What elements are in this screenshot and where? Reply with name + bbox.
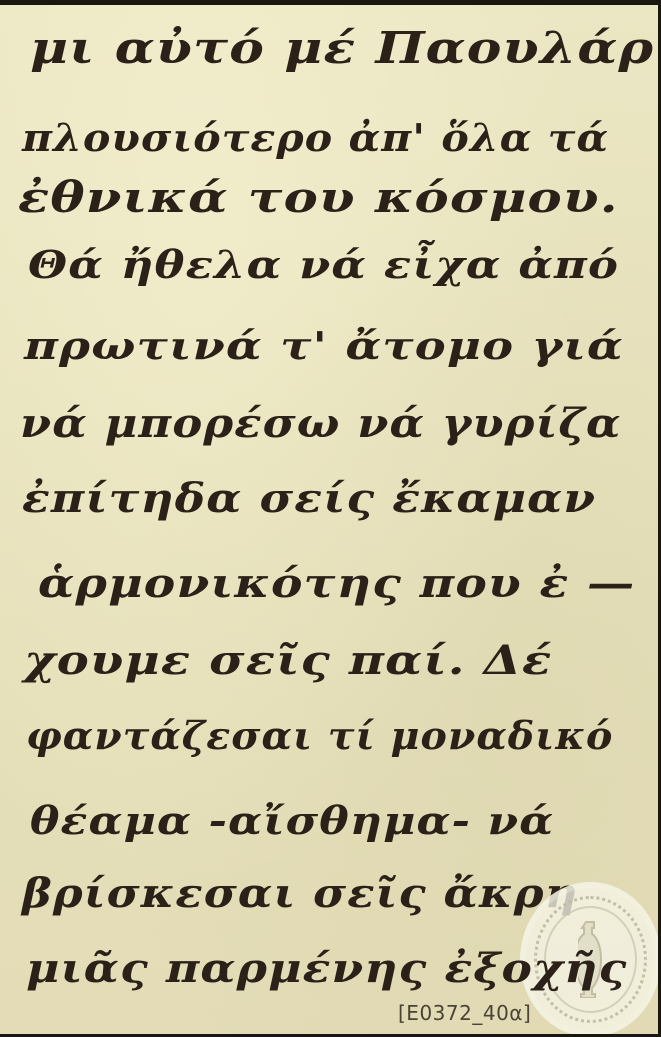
handwritten-line-4: Θά ἤθελα νά εἶχα ἀπό [28, 242, 619, 287]
handwritten-line-12: βρίσκεσαι σεῖς ἄκρη [22, 870, 578, 917]
handwritten-line-9: χουμε σεῖς παί. Δέ [24, 637, 552, 684]
handwritten-line-1: μι αὐτό μέ Παουλάρη [30, 23, 658, 74]
handwritten-line-5: πρωτινά τ' ἄτομο γιά [24, 323, 624, 368]
handwritten-line-8: ἁρμονικότης που ἐ — [38, 560, 635, 607]
handwritten-line-11: θέαμα -αἴσθημα- νά [30, 798, 554, 843]
handwritten-line-6: νά μπορέσω νά γυρίζα [20, 400, 622, 447]
handwritten-line-3: ἐθνικά του κόσμου. [18, 173, 619, 222]
handwritten-line-13: μιᾶς παρμένης ἐξοχῆς [26, 945, 627, 992]
letter-scan: μι αὐτό μέ Παουλάρη πλουσιότερο ἀπ' ὅλα … [0, 5, 658, 1034]
handwritten-line-2: πλουσιότερο ἀπ' ὅλα τά [22, 115, 609, 160]
archive-catalog-number: [Ε0372_40α] [398, 1001, 531, 1025]
handwritten-line-10: φαντάζεσαι τί μοναδικό [26, 713, 613, 758]
handwritten-line-7: ἐπίτηδα σείς ἔκαμαν [22, 475, 596, 522]
